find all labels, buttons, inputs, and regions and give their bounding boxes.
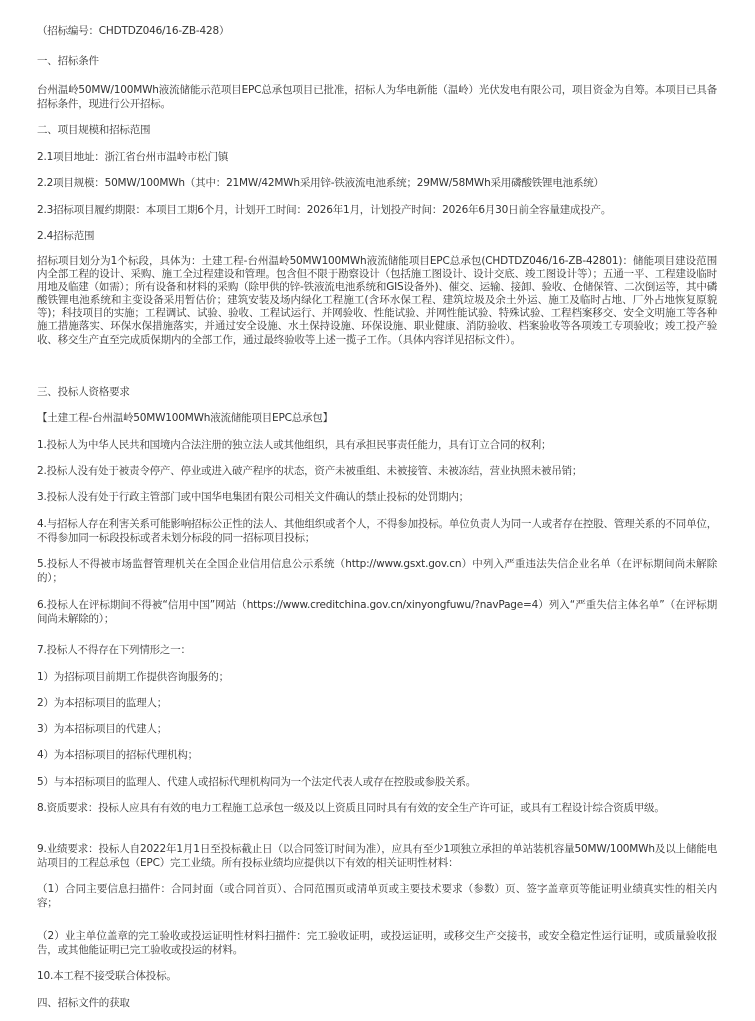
- requirement-6: 6.投标人在评标期间不得被“信用中国”网站（https://www.credit…: [37, 598, 717, 626]
- requirement-1: 1.投标人为中华人民共和国境内合法注册的独立法人或其他组织，具有承担民事责任能力…: [37, 438, 717, 452]
- requirement-10-consortium: 10.本工程不接受联合体投标。: [37, 969, 717, 983]
- requirement-7-sub-2: 2）为本招标项目的监理人；: [37, 696, 717, 710]
- requirement-7-sub-4: 4）为本招标项目的招标代理机构；: [37, 748, 717, 762]
- item-2-1-address: 2.1项目地址：浙江省台州市温岭市松门镇: [37, 150, 717, 164]
- requirement-3: 3.投标人没有处于行政主管部门或中国华电集团有限公司相关文件确认的禁止投标的处罚…: [37, 490, 717, 504]
- requirement-7-sub-5: 5）与本招标项目的监理人、代建人或招标代理机构同为一个法定代表人或存在控股或参股…: [37, 775, 717, 789]
- section-2-title: 二、项目规模和招标范围: [37, 123, 717, 137]
- requirement-2: 2.投标人没有处于被责令停产、停业或进入破产程序的状态，资产未被重组、未被接管、…: [37, 464, 717, 478]
- requirement-7: 7.投标人不得存在下列情形之一：: [37, 643, 717, 657]
- item-2-3-period: 2.3招标项目履约期限：本项目工期6个月，计划开工时间：2026年1月，计划投产…: [37, 203, 717, 217]
- bid-number: （招标编号：CHDTDZ046/16-ZB-428）: [37, 24, 717, 38]
- requirement-5: 5.投标人不得被市场监督管理机关在全国企业信用信息公示系统（http://www…: [37, 557, 717, 585]
- section-1-body: 台州温岭50MW/100MWh液流储能示范项目EPC总承包项目已批准，招标人为华…: [37, 83, 717, 111]
- requirement-4: 4.与招标人存在利害关系可能影响招标公正性的法人、其他组织或者个人，不得参加投标…: [37, 517, 717, 545]
- requirement-9-material-2: （2）业主单位盖章的完工验收或投运证明性材料扫描件：完工验收证明，或投运证明，或…: [37, 929, 717, 957]
- section-3-title: 三、投标人资格要求: [37, 385, 717, 399]
- item-2-2-scale: 2.2项目规模：50MW/100MWh（其中：21MW/42MWh采用锌-铁液流…: [37, 176, 717, 190]
- requirement-7-sub-1: 1）为招标项目前期工作提供咨询服务的；: [37, 670, 717, 684]
- tender-announcement-document: （招标编号：CHDTDZ046/16-ZB-428） 一、招标条件 台州温岭50…: [0, 0, 755, 1021]
- requirement-7-sub-3: 3）为本招标项目的代建人；: [37, 722, 717, 736]
- item-2-4-body: 招标项目划分为1个标段，具体为：土建工程-台州温岭50MW100MWh液流储能项…: [37, 255, 717, 347]
- bid-package-name: 【土建工程-台州温岭50MW100MWh液流储能项目EPC总承包】: [37, 411, 717, 425]
- requirement-9-material-1: （1）合同主要信息扫描件：合同封面（或合同首页）、合同范围页或清单页或主要技术要…: [37, 882, 717, 910]
- requirement-9-performance: 9.业绩要求：投标人自2022年1月1日至投标截止日（以合同签订时间为准），应具…: [37, 842, 717, 870]
- section-1-title: 一、招标条件: [37, 54, 717, 68]
- section-4-title: 四、招标文件的获取: [37, 996, 717, 1010]
- item-2-4-title: 2.4招标范围: [37, 229, 717, 243]
- requirement-8-qualification: 8.资质要求：投标人应具有有效的电力工程施工总承包一级及以上资质且同时具有有效的…: [37, 801, 717, 815]
